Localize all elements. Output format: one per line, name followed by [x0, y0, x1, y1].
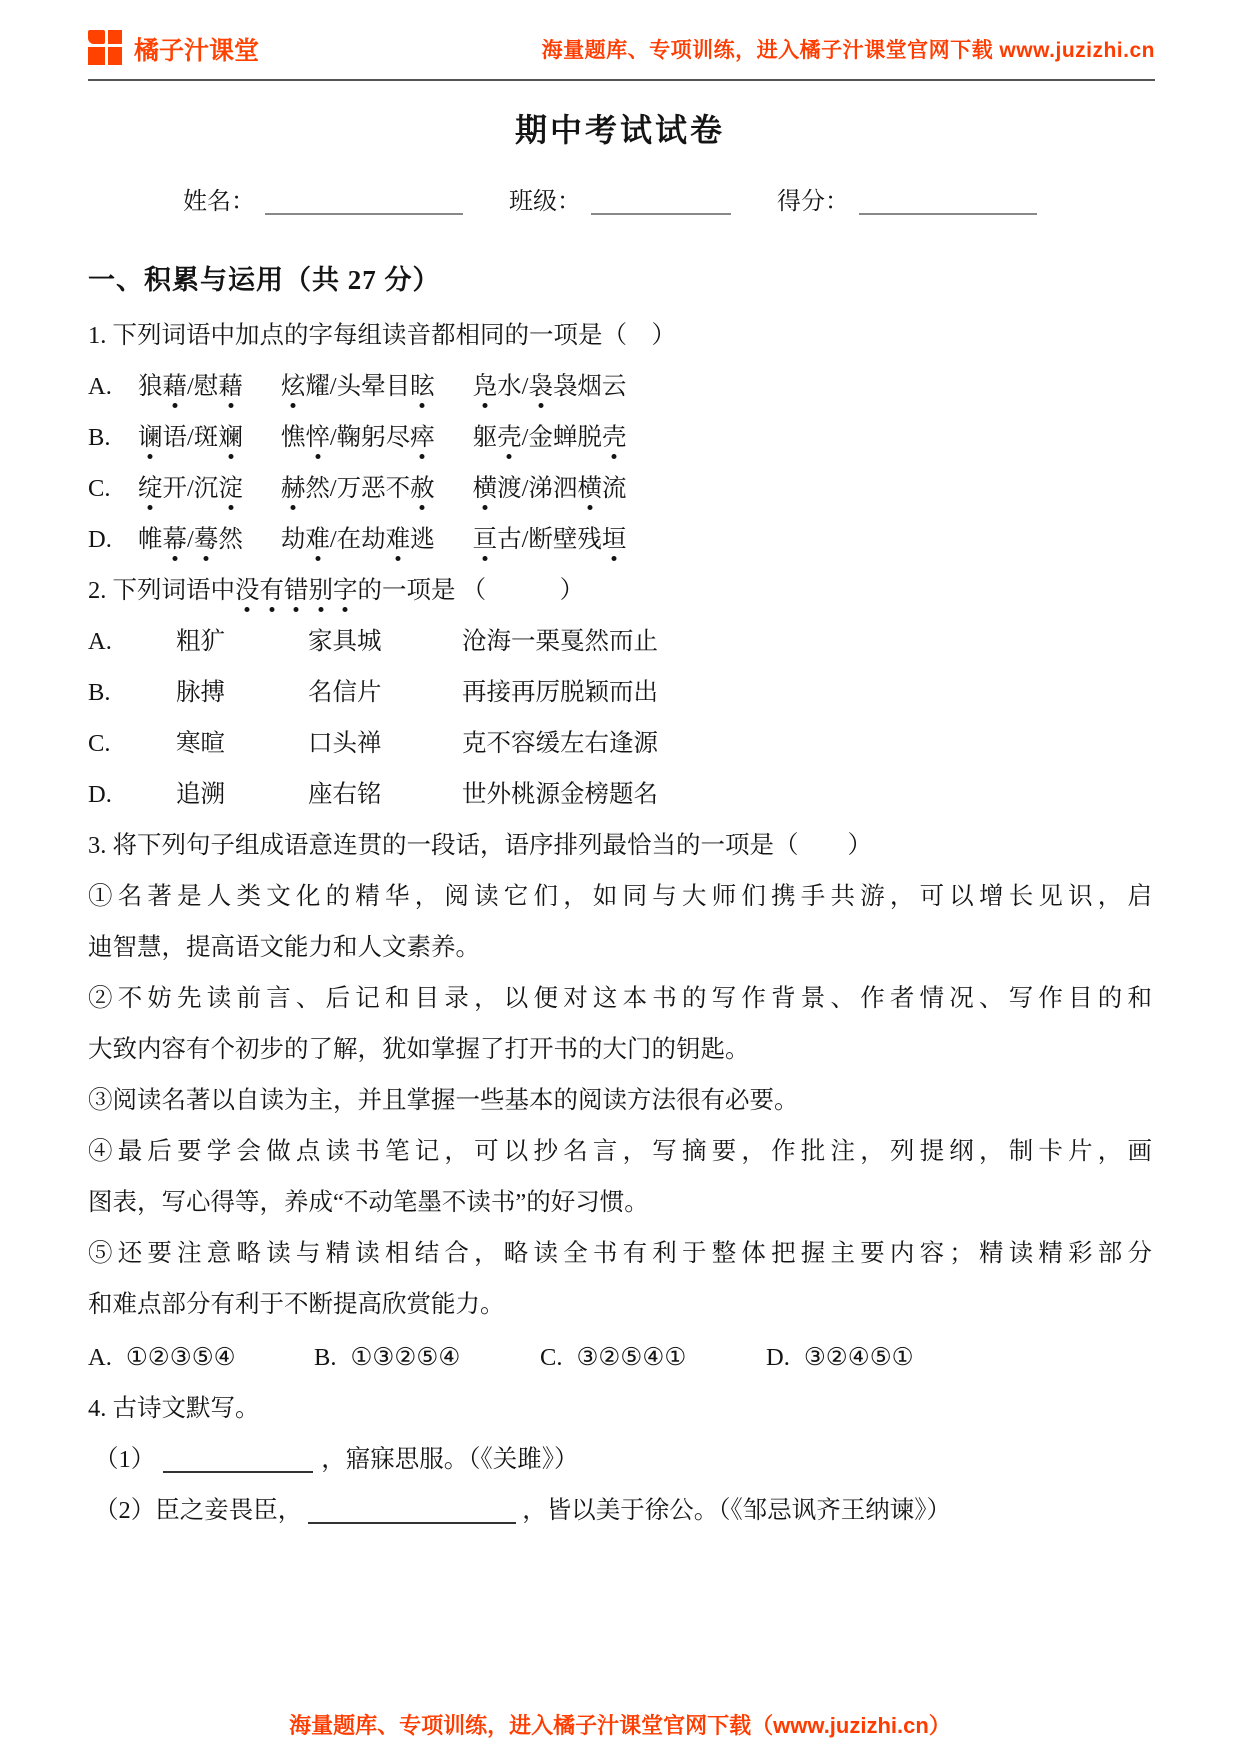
name-label: 姓名：	[183, 189, 255, 215]
word: 再接再厉	[462, 667, 560, 718]
juzizhi-logo-icon	[88, 30, 125, 67]
q3-choices-row: A.①②③⑤④ B.①③②⑤④ C.③②⑤④① D.③②④⑤①	[88, 1332, 1152, 1383]
score-blank[interactable]	[859, 213, 1037, 215]
q4-item-1-pre: （1）	[94, 1446, 155, 1473]
option-label: B.	[88, 412, 138, 463]
choice-value: ①②③⑤④	[126, 1344, 236, 1371]
q3-sentence-4-line-1: ④最后要学会做点读书笔记，可以抄名言，写摘要，作批注，列提纲，制卡片，画	[88, 1126, 1152, 1177]
choice-label: C.	[540, 1344, 562, 1371]
q1-stem: 1. 下列词语中加点的字每组读音都相同的一项是（ ）	[88, 310, 1152, 361]
word: 名信片	[308, 667, 462, 718]
header-promo-text: 海量题库、专项训练，进入橘子汁课堂官网下载 www.juzizhi.cn	[542, 34, 1155, 64]
q2-option-b: B.脉搏名信片再接再厉脱颖而出	[88, 667, 1152, 718]
choice-label: B.	[314, 1344, 336, 1371]
q3-choice-b: B.①③②⑤④	[314, 1332, 540, 1383]
word-pair: 炫耀/头晕目眩	[281, 373, 435, 400]
word-pair: 躯壳/金蝉脱壳	[473, 424, 627, 451]
option-label: A.	[88, 616, 176, 667]
word-pair: 横渡/涕泗横流	[473, 475, 627, 502]
word-pair: 帷幕/蓦然	[138, 526, 243, 553]
word: 座右铭	[308, 769, 462, 820]
exam-page: 橘子汁课堂 海量题库、专项训练，进入橘子汁课堂官网下载 www.juzizhi.…	[0, 0, 1240, 1754]
word: 口头禅	[308, 718, 462, 769]
choice-value: ①③②⑤④	[350, 1344, 460, 1371]
word-pair: 憔悴/鞠躬尽瘁	[281, 424, 435, 451]
word: 戛然而止	[560, 616, 658, 667]
q2-option-a: A.粗犷家具城沧海一栗戛然而止	[88, 616, 1152, 667]
choice-label: D.	[766, 1344, 790, 1371]
q3-sentence-5-line-1: ⑤还要注意略读与精读相结合，略读全书有利于整体把握主要内容；精读精彩部分	[88, 1228, 1152, 1279]
q1-option-d: D.帷幕/蓦然劫难/在劫难逃亘古/断壁残垣	[88, 514, 1152, 565]
q2-stem: 2. 下列词语中没有错别字的一项是 （ ）	[88, 565, 1152, 616]
q4-item-2: （2）臣之妾畏臣，，皆以美于徐公。（《邹忌讽齐王纳谏》）	[88, 1485, 1152, 1536]
q4-item-2-pre: （2）臣之妾畏臣，	[94, 1497, 302, 1524]
q2-option-d: D.追溯座右铭世外桃源金榜题名	[88, 769, 1152, 820]
word: 脱颖而出	[560, 667, 658, 718]
word-pair: 狼藉/慰藉	[138, 373, 243, 400]
q1-option-b: B.谰语/斑斓憔悴/鞠躬尽瘁躯壳/金蝉脱壳	[88, 412, 1152, 463]
q3-sentence-3: ③阅读名著以自读为主，并且掌握一些基本的阅读方法很有必要。	[88, 1075, 1152, 1126]
class-label: 班级：	[509, 189, 581, 215]
q3-choice-a: A.①②③⑤④	[88, 1332, 314, 1383]
word: 追溯	[176, 769, 308, 820]
q3-choice-d: D.③②④⑤①	[766, 1332, 914, 1383]
score-label: 得分：	[777, 189, 849, 215]
option-label: A.	[88, 361, 138, 412]
word-pair: 劫难/在劫难逃	[281, 526, 435, 553]
q2-option-c: C.寒暄口头禅克不容缓左右逢源	[88, 718, 1152, 769]
page-header: 橘子汁课堂 海量题库、专项训练，进入橘子汁课堂官网下载 www.juzizhi.…	[0, 0, 1240, 75]
exam-body: 一、积累与运用（共 27 分） 1. 下列词语中加点的字每组读音都相同的一项是（…	[0, 260, 1240, 1536]
q4-item-2-post: ，皆以美于徐公。（《邹忌讽齐王纳谏》）	[522, 1497, 951, 1524]
brand: 橘子汁课堂	[88, 30, 259, 67]
choice-value: ③②⑤④①	[576, 1344, 686, 1371]
word: 金榜题名	[560, 769, 658, 820]
word: 脉搏	[176, 667, 308, 718]
q3-stem: 3. 将下列句子组成语意连贯的一段话，语序排列最恰当的一项是（ ）	[88, 820, 1152, 871]
word-pair: 绽开/沉淀	[138, 475, 243, 502]
word: 沧海一栗	[462, 616, 560, 667]
option-label: D.	[88, 514, 138, 565]
q4-item-1: （1），寤寐思服。（《关雎》）	[88, 1434, 1152, 1485]
word-pair: 谰语/斑斓	[138, 424, 243, 451]
header-divider	[88, 79, 1155, 81]
student-info-row: 姓名： 班级： 得分：	[183, 181, 1240, 216]
name-field: 姓名：	[183, 181, 463, 216]
q4-item-1-post: ，寤寐思服。（《关雎》）	[321, 1446, 578, 1473]
q3-sentence-1-line-1: ①名著是人类文化的精华，阅读它们，如同与大师们携手共游，可以增长见识，启	[88, 871, 1152, 922]
exam-title: 期中考试试卷	[0, 105, 1240, 151]
option-label: D.	[88, 769, 176, 820]
q3-sentence-4-line-2: 图表，写心得等，养成“不动笔墨不读书”的好习惯。	[88, 1177, 1152, 1228]
q4-stem: 4. 古诗文默写。	[88, 1383, 1152, 1434]
option-label: C.	[88, 463, 138, 514]
choice-value: ③②④⑤①	[804, 1344, 914, 1371]
score-field: 得分：	[777, 181, 1037, 216]
name-blank[interactable]	[265, 213, 463, 215]
word: 世外桃源	[462, 769, 560, 820]
word: 寒暄	[176, 718, 308, 769]
q3-choice-c: C.③②⑤④①	[540, 1332, 766, 1383]
choice-label: A.	[88, 1344, 112, 1371]
word-pair: 赫然/万恶不赦	[281, 475, 435, 502]
class-field: 班级：	[509, 181, 731, 216]
word: 粗犷	[176, 616, 308, 667]
option-label: C.	[88, 718, 176, 769]
q4-answer-blank-2[interactable]	[308, 1522, 516, 1524]
q3-sentence-2-line-1: ②不妨先读前言、后记和目录，以便对这本书的写作背景、作者情况、写作目的和	[88, 973, 1152, 1024]
q3-sentence-5-line-2: 和难点部分有利于不断提高欣赏能力。	[88, 1279, 1152, 1330]
q3-sentence-2-line-2: 大致内容有个初步的了解，犹如掌握了打开书的大门的钥匙。	[88, 1024, 1152, 1075]
q1-option-c: C.绽开/沉淀赫然/万恶不赦横渡/涕泗横流	[88, 463, 1152, 514]
q3-sentence-1-line-2: 迪智慧，提高语文能力和人文素养。	[88, 922, 1152, 973]
class-blank[interactable]	[591, 213, 731, 215]
q1-option-a: A.狼藉/慰藉炫耀/头晕目眩凫水/袅袅烟云	[88, 361, 1152, 412]
word: 左右逢源	[560, 718, 658, 769]
brand-name: 橘子汁课堂	[134, 31, 259, 67]
word: 克不容缓	[462, 718, 560, 769]
word-pair: 凫水/袅袅烟云	[473, 373, 627, 400]
option-label: B.	[88, 667, 176, 718]
section-heading: 一、积累与运用（共 27 分）	[88, 260, 1152, 300]
page-footer: 海量题库、专项训练，进入橘子汁课堂官网下载（www.juzizhi.cn）	[0, 1709, 1240, 1740]
q4-answer-blank-1[interactable]	[163, 1471, 313, 1473]
word-pair: 亘古/断壁残垣	[473, 526, 627, 553]
word: 家具城	[308, 616, 462, 667]
